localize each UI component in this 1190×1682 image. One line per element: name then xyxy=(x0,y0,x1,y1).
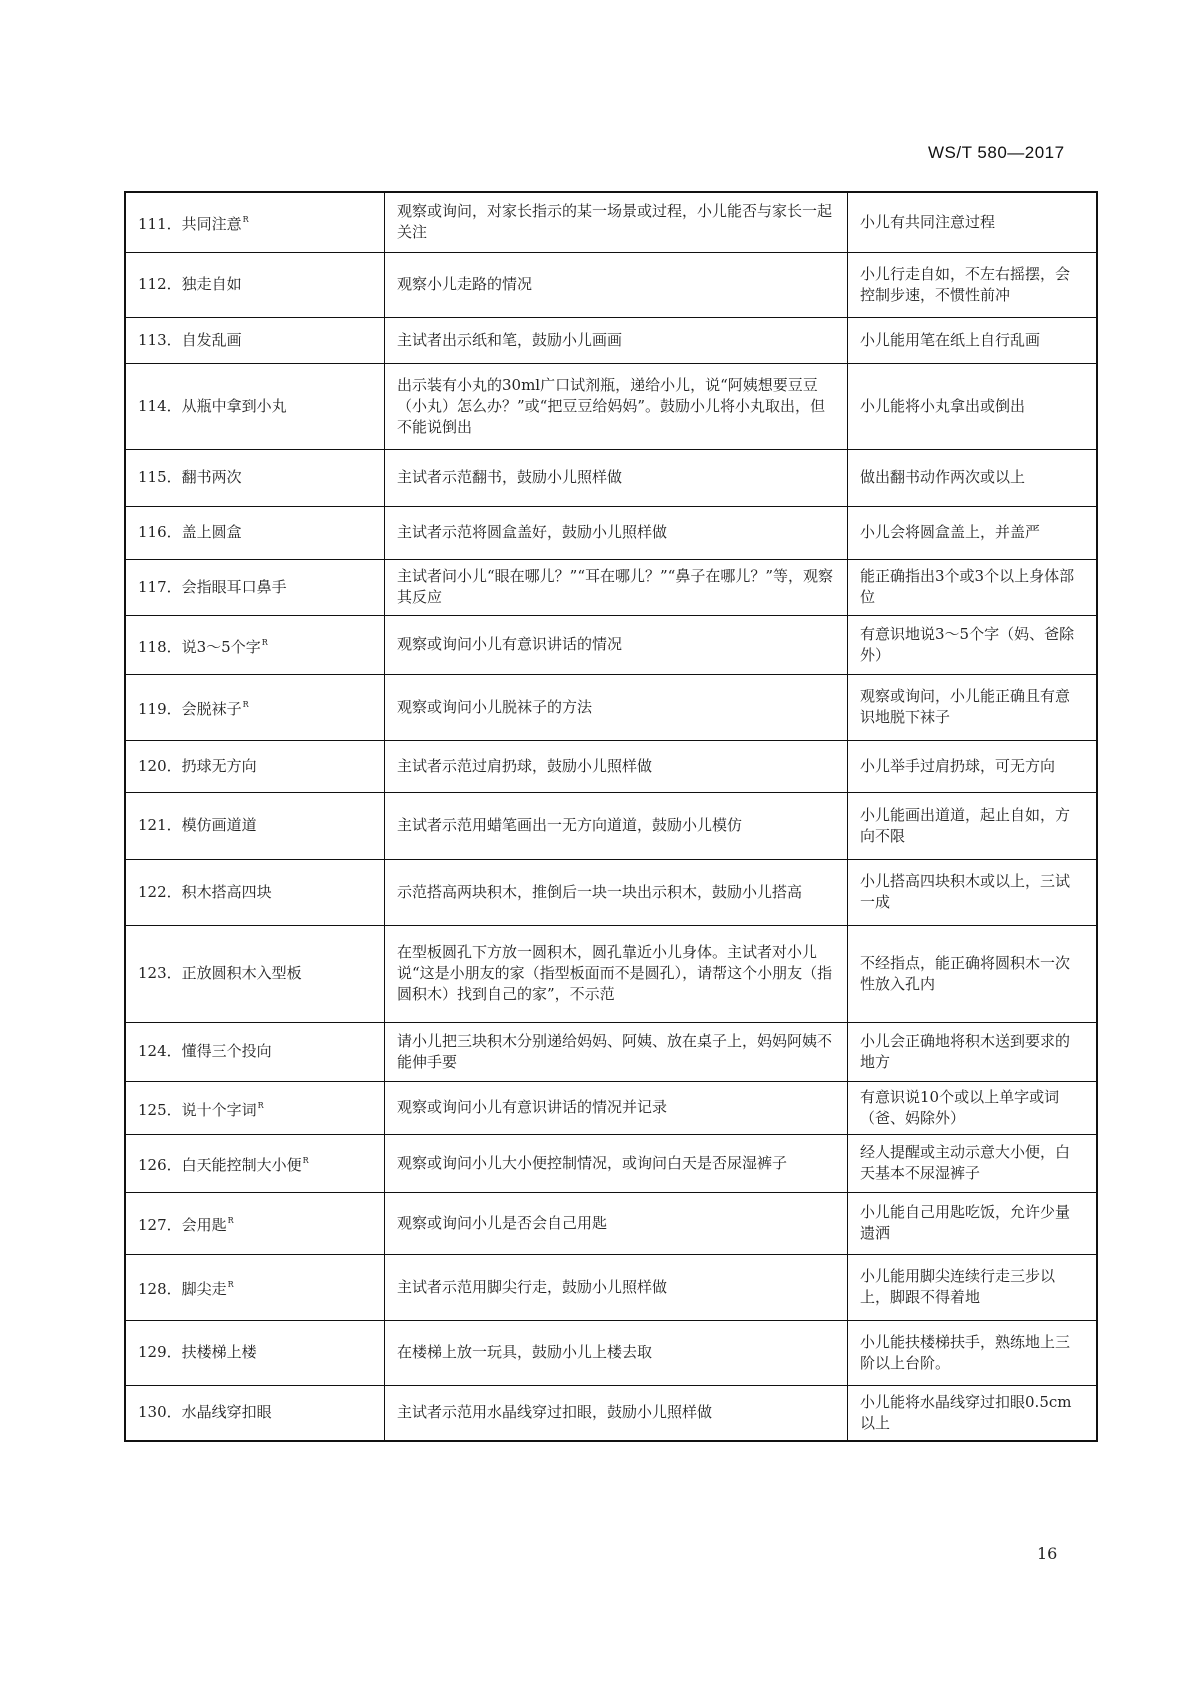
criterion-cell: 能正确指出3个或3个以上身体部位 xyxy=(848,559,1098,615)
item-name-cell: 125．说十个字词R xyxy=(125,1081,385,1134)
item-name: 115．翻书两次 xyxy=(138,468,242,486)
table-row: 127．会用匙R观察或询问小儿是否会自己用匙小儿能自己用匙吃饭，允许少量遗洒 xyxy=(125,1192,1097,1254)
method-cell: 请小儿把三块积木分别递给妈妈、阿姨、放在桌子上，妈妈阿姨不能伸手要 xyxy=(385,1022,848,1081)
item-name-cell: 122．积木搭高四块 xyxy=(125,859,385,925)
item-name-cell: 115．翻书两次 xyxy=(125,449,385,506)
method-cell: 示范搭高两块积木，推倒后一块一块出示积木，鼓励小儿搭高 xyxy=(385,859,848,925)
item-name-cell: 124．懂得三个投向 xyxy=(125,1022,385,1081)
item-name-cell: 130．水晶线穿扣眼 xyxy=(125,1385,385,1441)
criterion-cell: 做出翻书动作两次或以上 xyxy=(848,449,1098,506)
criterion-cell: 小儿能画出道道，起止自如，方向不限 xyxy=(848,792,1098,859)
criterion-cell: 小儿有共同注意过程 xyxy=(848,192,1098,252)
item-name: 126．白天能控制大小便 xyxy=(138,1156,302,1174)
criterion-cell: 小儿能将水晶线穿过扣眼0.5cm以上 xyxy=(848,1385,1098,1441)
item-name: 129．扶楼梯上楼 xyxy=(138,1343,257,1361)
item-name: 118．说3～5个字 xyxy=(138,638,261,656)
method-cell: 在楼梯上放一玩具，鼓励小儿上楼去取 xyxy=(385,1320,848,1385)
item-name-cell: 123．正放圆积木入型板 xyxy=(125,925,385,1022)
item-name-cell: 113．自发乱画 xyxy=(125,317,385,363)
item-name: 128．脚尖走 xyxy=(138,1280,227,1298)
reported-marker: R xyxy=(243,700,249,709)
method-cell: 主试者示范过肩扔球，鼓励小儿照样做 xyxy=(385,740,848,792)
item-name-cell: 128．脚尖走R xyxy=(125,1254,385,1320)
item-name-cell: 129．扶楼梯上楼 xyxy=(125,1320,385,1385)
criterion-cell: 小儿行走自如，不左右摇摆，会控制步速，不惯性前冲 xyxy=(848,252,1098,317)
criterion-cell: 小儿能用脚尖连续行走三步以上，脚跟不得着地 xyxy=(848,1254,1098,1320)
method-cell: 主试者示范用脚尖行走，鼓励小儿照样做 xyxy=(385,1254,848,1320)
criterion-cell: 小儿能自己用匙吃饭，允许少量遗洒 xyxy=(848,1192,1098,1254)
reported-marker: R xyxy=(258,1101,264,1110)
item-name-cell: 120．扔球无方向 xyxy=(125,740,385,792)
table-row: 114．从瓶中拿到小丸出示装有小丸的30ml广口试剂瓶，递给小儿，说“阿姨想要豆… xyxy=(125,363,1097,449)
method-cell: 观察或询问小儿有意识讲话的情况 xyxy=(385,615,848,674)
item-name: 116．盖上圆盒 xyxy=(138,523,242,541)
table-row: 113．自发乱画主试者出示纸和笔，鼓励小儿画画小儿能用笔在纸上自行乱画 xyxy=(125,317,1097,363)
reported-marker: R xyxy=(303,1156,309,1165)
criterion-cell: 小儿搭高四块积木或以上，三试一成 xyxy=(848,859,1098,925)
table-row: 117．会指眼耳口鼻手主试者问小儿“眼在哪儿？”“耳在哪儿？”“鼻子在哪儿？”等… xyxy=(125,559,1097,615)
criterion-cell: 小儿能用笔在纸上自行乱画 xyxy=(848,317,1098,363)
method-cell: 主试者示范用蜡笔画出一无方向道道，鼓励小儿模仿 xyxy=(385,792,848,859)
reported-marker: R xyxy=(262,638,268,647)
method-cell: 主试者示范将圆盒盖好，鼓励小儿照样做 xyxy=(385,506,848,559)
table-row: 111．共同注意R观察或询问，对家长指示的某一场景或过程，小儿能否与家长一起关注… xyxy=(125,192,1097,252)
table-row: 118．说3～5个字R观察或询问小儿有意识讲话的情况有意识地说3～5个字（妈、爸… xyxy=(125,615,1097,674)
criterion-cell: 有意识说10个或以上单字或词（爸、妈除外） xyxy=(848,1081,1098,1134)
criterion-cell: 小儿能将小丸拿出或倒出 xyxy=(848,363,1098,449)
criterion-cell: 观察或询问，小儿能正确且有意识地脱下袜子 xyxy=(848,674,1098,740)
item-name: 121．模仿画道道 xyxy=(138,816,257,834)
item-name: 113．自发乱画 xyxy=(138,331,242,349)
criterion-cell: 有意识地说3～5个字（妈、爸除外） xyxy=(848,615,1098,674)
method-cell: 观察或询问，对家长指示的某一场景或过程，小儿能否与家长一起关注 xyxy=(385,192,848,252)
criterion-cell: 经人提醒或主动示意大小便，白天基本不尿湿裤子 xyxy=(848,1134,1098,1192)
table-row: 115．翻书两次主试者示范翻书，鼓励小儿照样做做出翻书动作两次或以上 xyxy=(125,449,1097,506)
item-name-cell: 114．从瓶中拿到小丸 xyxy=(125,363,385,449)
reported-marker: R xyxy=(228,1280,234,1289)
item-name: 120．扔球无方向 xyxy=(138,757,257,775)
method-cell: 出示装有小丸的30ml广口试剂瓶，递给小儿，说“阿姨想要豆豆（小丸）怎么办？”或… xyxy=(385,363,848,449)
table-row: 129．扶楼梯上楼在楼梯上放一玩具，鼓励小儿上楼去取小儿能扶楼梯扶手，熟练地上三… xyxy=(125,1320,1097,1385)
page-number: 16 xyxy=(1037,1544,1057,1563)
table-row: 116．盖上圆盒主试者示范将圆盒盖好，鼓励小儿照样做小儿会将圆盒盖上，并盖严 xyxy=(125,506,1097,559)
item-name: 123．正放圆积木入型板 xyxy=(138,964,302,982)
item-name-cell: 118．说3～5个字R xyxy=(125,615,385,674)
item-name-cell: 121．模仿画道道 xyxy=(125,792,385,859)
item-name: 112．独走自如 xyxy=(138,275,242,293)
method-cell: 观察或询问小儿脱袜子的方法 xyxy=(385,674,848,740)
criterion-cell: 小儿会正确地将积木送到要求的地方 xyxy=(848,1022,1098,1081)
item-name-cell: 119．会脱袜子R xyxy=(125,674,385,740)
table-row: 126．白天能控制大小便R观察或询问小儿大小便控制情况，或询问白天是否尿湿裤子经… xyxy=(125,1134,1097,1192)
item-name: 111．共同注意 xyxy=(138,215,242,233)
reported-marker: R xyxy=(228,1216,234,1225)
method-cell: 观察或询问小儿大小便控制情况，或询问白天是否尿湿裤子 xyxy=(385,1134,848,1192)
method-cell: 在型板圆孔下方放一圆积木，圆孔靠近小儿身体。主试者对小儿说“这是小朋友的家（指型… xyxy=(385,925,848,1022)
item-name-cell: 111．共同注意R xyxy=(125,192,385,252)
item-name: 119．会脱袜子 xyxy=(138,700,242,718)
criterion-cell: 不经指点，能正确将圆积木一次性放入孔内 xyxy=(848,925,1098,1022)
item-name-cell: 117．会指眼耳口鼻手 xyxy=(125,559,385,615)
method-cell: 主试者示范翻书，鼓励小儿照样做 xyxy=(385,449,848,506)
item-name-cell: 127．会用匙R xyxy=(125,1192,385,1254)
table-row: 123．正放圆积木入型板在型板圆孔下方放一圆积木，圆孔靠近小儿身体。主试者对小儿… xyxy=(125,925,1097,1022)
item-name: 130．水晶线穿扣眼 xyxy=(138,1403,272,1421)
method-cell: 观察小儿走路的情况 xyxy=(385,252,848,317)
criterion-cell: 小儿会将圆盒盖上，并盖严 xyxy=(848,506,1098,559)
item-name-cell: 116．盖上圆盒 xyxy=(125,506,385,559)
criterion-cell: 小儿举手过肩扔球，可无方向 xyxy=(848,740,1098,792)
method-cell: 主试者示范用水晶线穿过扣眼，鼓励小儿照样做 xyxy=(385,1385,848,1441)
method-cell: 观察或询问小儿是否会自己用匙 xyxy=(385,1192,848,1254)
item-name: 125．说十个字词 xyxy=(138,1101,257,1119)
table-row: 119．会脱袜子R观察或询问小儿脱袜子的方法观察或询问，小儿能正确且有意识地脱下… xyxy=(125,674,1097,740)
criterion-cell: 小儿能扶楼梯扶手，熟练地上三阶以上台阶。 xyxy=(848,1320,1098,1385)
reported-marker: R xyxy=(243,215,249,224)
item-name: 122．积木搭高四块 xyxy=(138,883,272,901)
item-name: 114．从瓶中拿到小丸 xyxy=(138,397,287,415)
method-cell: 主试者问小儿“眼在哪儿？”“耳在哪儿？”“鼻子在哪儿？”等，观察其反应 xyxy=(385,559,848,615)
table-row: 125．说十个字词R观察或询问小儿有意识讲话的情况并记录有意识说10个或以上单字… xyxy=(125,1081,1097,1134)
table-row: 112．独走自如观察小儿走路的情况小儿行走自如，不左右摇摆，会控制步速，不惯性前… xyxy=(125,252,1097,317)
table-row: 121．模仿画道道主试者示范用蜡笔画出一无方向道道，鼓励小儿模仿小儿能画出道道，… xyxy=(125,792,1097,859)
item-name: 124．懂得三个投向 xyxy=(138,1042,272,1060)
method-cell: 主试者出示纸和笔，鼓励小儿画画 xyxy=(385,317,848,363)
table-row: 130．水晶线穿扣眼主试者示范用水晶线穿过扣眼，鼓励小儿照样做小儿能将水晶线穿过… xyxy=(125,1385,1097,1441)
method-cell: 观察或询问小儿有意识讲话的情况并记录 xyxy=(385,1081,848,1134)
item-name: 117．会指眼耳口鼻手 xyxy=(138,578,287,596)
item-name-cell: 126．白天能控制大小便R xyxy=(125,1134,385,1192)
assessment-items-table: 111．共同注意R观察或询问，对家长指示的某一场景或过程，小儿能否与家长一起关注… xyxy=(124,191,1098,1442)
item-name-cell: 112．独走自如 xyxy=(125,252,385,317)
standard-code: WS/T 580—2017 xyxy=(928,143,1065,163)
table-row: 120．扔球无方向主试者示范过肩扔球，鼓励小儿照样做小儿举手过肩扔球，可无方向 xyxy=(125,740,1097,792)
table-row: 124．懂得三个投向请小儿把三块积木分别递给妈妈、阿姨、放在桌子上，妈妈阿姨不能… xyxy=(125,1022,1097,1081)
table-row: 128．脚尖走R主试者示范用脚尖行走，鼓励小儿照样做小儿能用脚尖连续行走三步以上… xyxy=(125,1254,1097,1320)
item-name: 127．会用匙 xyxy=(138,1216,227,1234)
table-row: 122．积木搭高四块示范搭高两块积木，推倒后一块一块出示积木，鼓励小儿搭高小儿搭… xyxy=(125,859,1097,925)
